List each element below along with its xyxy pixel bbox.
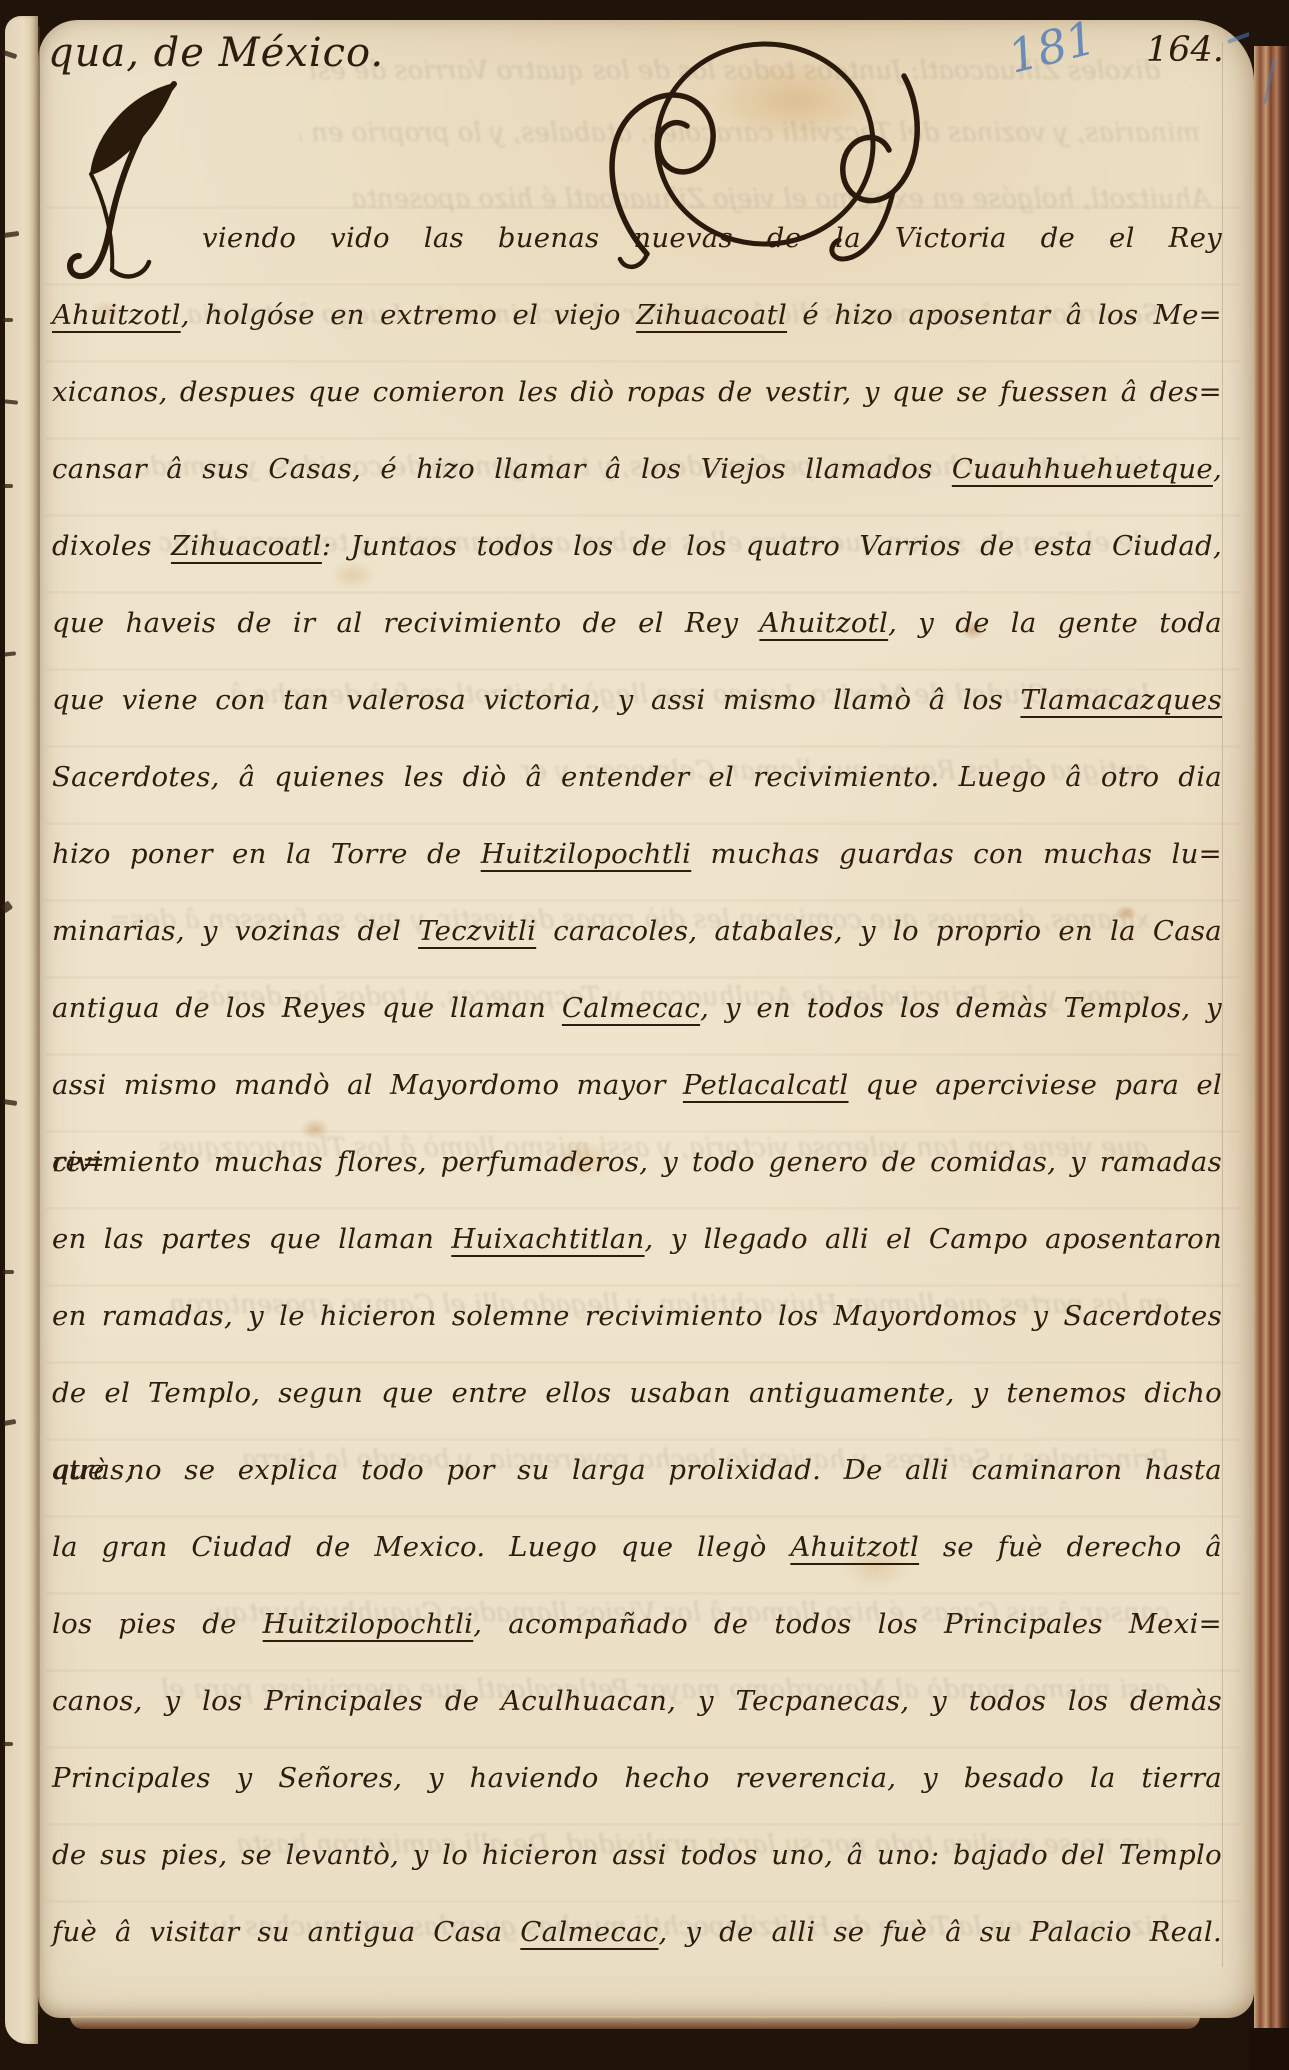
binding-shadow-bottom (1249, 2028, 1289, 2070)
text-segment: en las partes que llaman (52, 1223, 451, 1255)
text-segment: , holgóse en extremo el viejo (181, 299, 636, 331)
underlined-word: Cuauhhuehuetque (952, 453, 1213, 485)
manuscript-line: en ramadas, y le hicieron solemne recivi… (52, 1278, 1222, 1355)
text-segment: canos, y los Principales de Aculhuacan, … (52, 1685, 1222, 1717)
manuscript-line: los pies de Huitzilopochtli, acompañado … (52, 1586, 1222, 1663)
manuscript-line: Principales y Señores, y haviendo hecho … (52, 1740, 1222, 1817)
text-segment: que haveis de ir al recivimiento de el R… (52, 607, 759, 639)
manuscript-line: de sus pies, se levantò, y lo hicieron a… (52, 1817, 1222, 1894)
text-segment: minarias, y vozinas del (52, 915, 418, 947)
underlined-word: Calmecac (562, 992, 700, 1024)
text-segment: Sacerdotes, â quienes les diò â entender… (52, 761, 1222, 793)
text-segment: caracoles, atabales, y lo proprio en la … (536, 915, 1222, 947)
gutter-text-fragment (2, 484, 13, 488)
text-segment: , y en todos los demàs Templos, y (700, 992, 1222, 1024)
text-segment: fuè â visitar su antigua Casa (52, 1916, 520, 1948)
manuscript-line: canos, y los Principales de Aculhuacan, … (52, 1663, 1222, 1740)
page-bottom-edge (70, 2016, 1200, 2029)
underlined-word: Ahuitzotl (790, 1531, 919, 1563)
gutter-text-fragment (1, 318, 13, 322)
text-segment: dixoles (52, 530, 171, 562)
text-segment: en ramadas, y le hicieron solemne recivi… (52, 1300, 1222, 1332)
book-fore-edge (1254, 0, 1289, 2070)
page-crease (1222, 42, 1223, 1967)
text-segment: civimiento muchas flores, perfumaderos, … (52, 1146, 1222, 1178)
underlined-word: Zihuacoatl (171, 530, 322, 562)
text-segment: Principales y Señores, y haviendo hecho … (52, 1762, 1222, 1794)
text-segment: , acompañado de todos los Principales Me… (473, 1608, 1222, 1640)
manuscript-line: la gran Ciudad de Mexico. Luego que lleg… (52, 1509, 1222, 1586)
manuscript-line: civimiento muchas flores, perfumaderos, … (52, 1124, 1222, 1201)
text-segment: hizo poner en la Torre de (52, 838, 481, 870)
binding-shadow-top (1249, 0, 1289, 46)
text-segment: de sus pies, se levantò, y lo hicieron a… (52, 1839, 1222, 1871)
manuscript-line: dixoles Zihuacoatl: Juntaos todos los de… (52, 508, 1222, 585)
underlined-word: Huitzilopochtli (481, 838, 692, 870)
manuscript-line: xicanos, despues que comieron les diò ro… (52, 354, 1222, 431)
page-number: 164. (1146, 30, 1224, 70)
manuscript-line: en las partes que llaman Huixachtitlan, … (52, 1201, 1222, 1278)
text-segment: antigua de los Reyes que llaman (52, 992, 562, 1024)
manuscript-line: que no se explica todo por su larga prol… (52, 1432, 1222, 1509)
manuscript-lines: viendo vido las buenas nuevas de la Vict… (52, 200, 1222, 1971)
text-segment: é hizo aposentar â los Me= (787, 299, 1222, 331)
manuscript-line: Ahuitzotl, holgóse en extremo el viejo Z… (52, 277, 1222, 354)
underlined-word: Calmecac (520, 1916, 658, 1948)
manuscript-line: hizo poner en la Torre de Huitzilopochtl… (52, 816, 1222, 893)
text-segment: , y de la gente toda (888, 607, 1222, 639)
text-segment: cansar â sus Casas, é hizo llamar â los … (52, 453, 952, 485)
text-segment: , (1213, 453, 1222, 485)
manuscript-photo: dixoles Zihuacoatl: Juntaos todos los de… (0, 0, 1289, 2070)
underlined-word: Ahuitzotl (759, 607, 888, 639)
underlined-word: Tlamacazques (1020, 684, 1222, 716)
underlined-word: Huitzilopochtli (263, 1608, 474, 1640)
text-segment: viendo vido las buenas nuevas de la Vict… (202, 222, 1222, 254)
gutter-text-fragment (2, 1270, 14, 1274)
manuscript-line: viendo vido las buenas nuevas de la Vict… (52, 200, 1222, 277)
manuscript-line: que haveis de ir al recivimiento de el R… (52, 585, 1222, 662)
text-segment: que viene con tan valerosa victoria, y a… (52, 684, 1020, 716)
text-segment: que no se explica todo por su larga prol… (52, 1454, 1222, 1486)
header-catchword: qua, de México. (48, 30, 384, 76)
text-segment: los pies de (52, 1608, 263, 1640)
gutter-shadow (38, 26, 40, 2014)
underlined-word: Zihuacoatl (636, 299, 787, 331)
text-segment: assi mismo mandò al Mayordomo mayor (52, 1069, 683, 1101)
underlined-word: Petlacalcatl (683, 1069, 849, 1101)
underlined-word: Teczvitli (418, 915, 536, 947)
manuscript-line: assi mismo mandò al Mayordomo mayor Petl… (52, 1047, 1222, 1124)
text-segment: muchas guardas con muchas lu= (691, 838, 1222, 870)
text-segment: , y llegado alli el Campo aposentaron (645, 1223, 1222, 1255)
text-segment: : Juntaos todos los de los quatro Varrio… (322, 530, 1222, 562)
manuscript-line: cansar â sus Casas, é hizo llamar â los … (52, 431, 1222, 508)
manuscript-line: Sacerdotes, â quienes les diò â entender… (52, 739, 1222, 816)
manuscript-line: antigua de los Reyes que llaman Calmecac… (52, 970, 1222, 1047)
gutter-text-fragment (2, 1742, 13, 1746)
text-segment: la gran Ciudad de Mexico. Luego que lleg… (52, 1531, 790, 1563)
text-segment: se fuè derecho â (919, 1531, 1222, 1563)
manuscript-line: fuè â visitar su antigua Casa Calmecac, … (52, 1894, 1222, 1971)
text-segment: , y de alli se fuè â su Palacio Real. (658, 1916, 1222, 1948)
manuscript-line: de el Templo, segun que entre ellos usab… (52, 1355, 1222, 1432)
manuscript-line: minarias, y vozinas del Teczvitli caraco… (52, 893, 1222, 970)
underlined-word: Huixachtitlan (451, 1223, 644, 1255)
underlined-word: Ahuitzotl (52, 299, 181, 331)
manuscript-line: que viene con tan valerosa victoria, y a… (52, 662, 1222, 739)
text-segment: xicanos, despues que comieron les diò ro… (52, 376, 1222, 408)
